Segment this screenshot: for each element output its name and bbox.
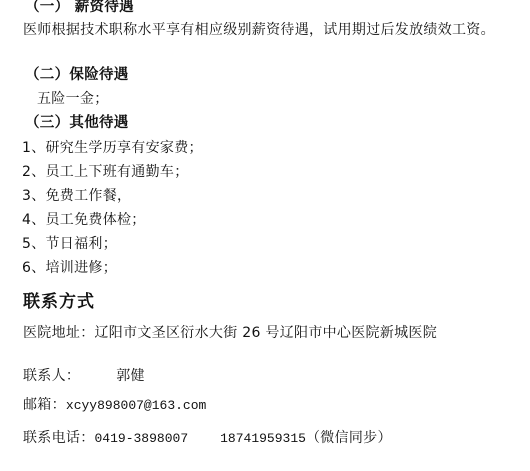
phone-row: 联系电话：0419-389800718741959315（微信同步） [23, 430, 392, 447]
benefit-item: 1、研究生学历享有安家费； [22, 140, 203, 156]
email-row: 邮箱：xcyy898007@163.com [23, 397, 206, 414]
phone-note: （微信同步） [306, 430, 392, 446]
address-value: 辽阳市文圣区衍水大街 26 号辽阳市中心医院新城医院 [95, 325, 438, 341]
email-link[interactable]: xcyy898007@163.com [66, 398, 206, 413]
phone-mobile: 18741959315 [220, 431, 306, 446]
address-row: 医院地址：辽阳市文圣区衍水大街 26 号辽阳市中心医院新城医院 [23, 325, 437, 341]
benefit-item: 3、免费工作餐， [22, 188, 131, 204]
other-benefits-heading: （三）其他待遇 [25, 115, 129, 131]
phone-landline: 0419-3898007 [95, 431, 189, 446]
insurance-body: 五险一金； [37, 91, 109, 107]
contact-person-value: 郭健 [116, 368, 145, 384]
benefit-item: 2、员工上下班有通勤车； [22, 164, 189, 180]
benefit-item: 5、节日福利； [22, 236, 117, 252]
contact-person-label: 联系人： [23, 368, 80, 384]
salary-body: 医师根据技术职称水平享有相应级别薪资待遇，试用期过后发放绩效工资。 [23, 22, 495, 38]
insurance-heading: （二）保险待遇 [25, 67, 129, 83]
contact-person-row: 联系人：郭健 [23, 368, 145, 384]
address-label: 医院地址： [23, 325, 95, 341]
contact-heading: 联系方式 [23, 292, 95, 312]
salary-heading: （一） 薪资待遇 [25, 0, 134, 15]
phone-label: 联系电话： [23, 430, 95, 446]
benefit-item: 4、员工免费体检； [22, 212, 146, 228]
benefit-item: 6、培训进修； [22, 260, 117, 276]
email-label: 邮箱： [23, 397, 66, 413]
